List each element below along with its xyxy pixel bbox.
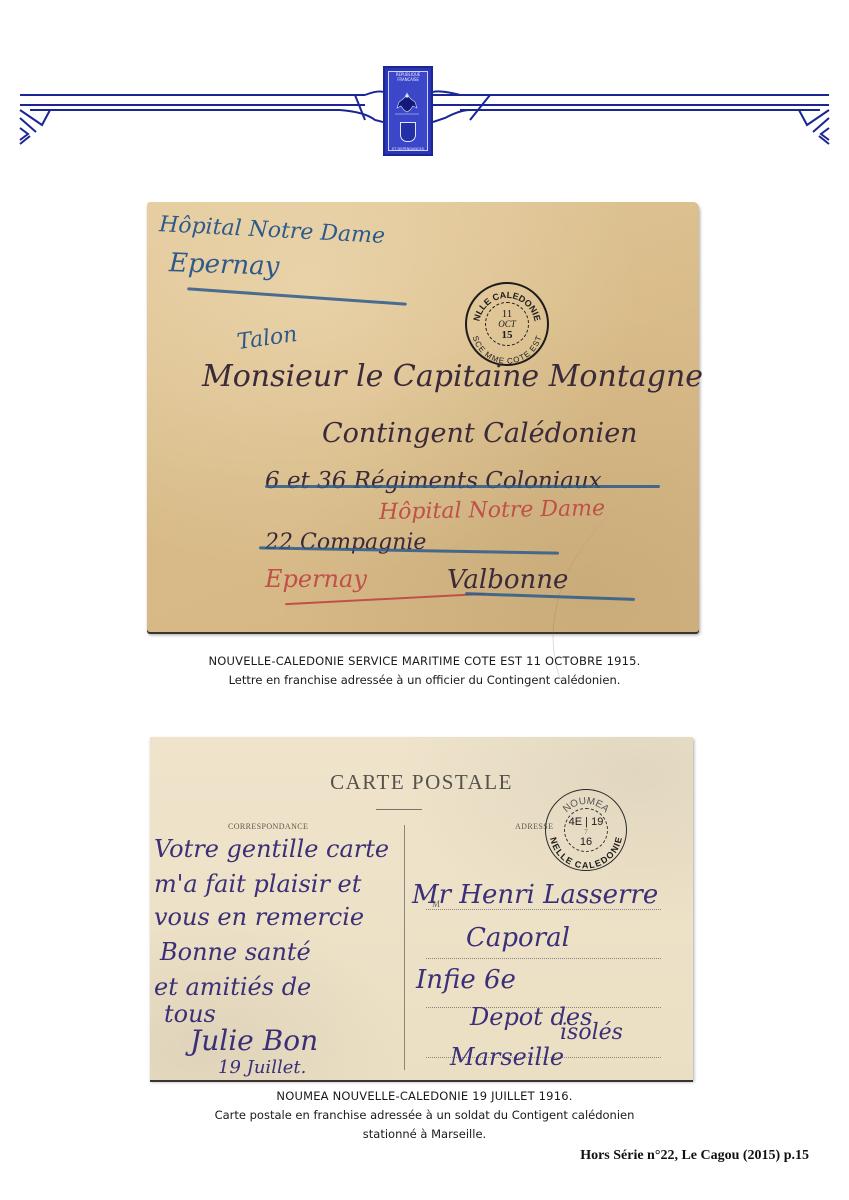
caption-envelope: NOUVELLE-CALEDONIE SERVICE MARITIME COTE… — [0, 652, 849, 690]
postmark-date-row: 4E | 19 — [546, 816, 626, 828]
address-line: Mr Henri Lasserre — [412, 882, 658, 908]
message-line: tous — [164, 1002, 216, 1026]
hw-contingent: Contingent Calédonien — [322, 420, 638, 447]
postcard-divider — [404, 825, 405, 1070]
postmark-month: 7 — [546, 828, 626, 836]
postmark-nlle-caledonie: NLLE CALEDONIE SCE MME COTE EST 11 OCT 1… — [465, 282, 549, 366]
postmark-noumea: NOUMEA NELLE CALEDONIE 4E | 19 7 16 — [545, 789, 627, 871]
message-line: et amitiés de — [154, 975, 311, 999]
message-line: Votre gentille carte — [154, 837, 389, 861]
message-line: m'a fait plaisir et — [154, 872, 361, 896]
cagou-bird-stamp-icon — [393, 90, 421, 118]
address-rule — [426, 958, 661, 959]
hw-red-epernay: Epernay — [265, 567, 367, 591]
correspondence-label: CORRESPONDANCE — [228, 822, 308, 831]
hw-redirect-hospital: Hôpital Notre Dame — [159, 214, 386, 248]
hw-regiments-struck: 6 et 36 Régiments Coloniaux — [265, 470, 602, 493]
caption-postcard-title: NOUMEA NOUVELLE-CALEDONIE 19 JUILLET 191… — [0, 1087, 849, 1106]
stamp-bottom-text: ET DEPENDANCES — [385, 147, 431, 151]
caption-postcard-description-2: stationné à Marseille. — [0, 1125, 849, 1144]
postmark-day: 19 — [591, 816, 603, 828]
address-line: isolés — [560, 1022, 623, 1044]
page-reference: Hors Série n°22, Le Cagou (2015) p.15 — [580, 1148, 809, 1164]
postcard: CARTE POSTALE CORRESPONDANCE ADRESSE M N… — [150, 737, 693, 1080]
hw-valbonne-struck: Valbonne — [447, 567, 568, 593]
caption-postcard: NOUMEA NOUVELLE-CALEDONIE 19 JUILLET 191… — [0, 1087, 849, 1144]
message-line: vous en remercie — [154, 905, 364, 929]
stamp-top-text: REPUBLIQUE FRANCAISE — [385, 72, 431, 82]
stamp-shield — [400, 122, 416, 142]
strike-line — [187, 287, 407, 305]
message-line: Bonne santé — [160, 940, 311, 964]
address-line: Marseille — [450, 1045, 564, 1069]
hw-initials: Talon — [236, 324, 299, 354]
address-line: Caporal — [466, 925, 570, 951]
caption-envelope-title: NOUVELLE-CALEDONIE SERVICE MARITIME COTE… — [0, 652, 849, 671]
postcard-title-rule — [376, 809, 422, 810]
postmark-year: 16 — [546, 836, 626, 848]
hw-addressee: Monsieur le Capitaine Montagne — [202, 362, 703, 392]
hw-red-hospital: Hôpital Notre Dame — [379, 498, 605, 524]
strike-line — [265, 485, 660, 488]
postmark-month: OCT — [467, 319, 547, 329]
caption-postcard-description: Carte postale en franchise adressée à un… — [0, 1106, 849, 1125]
address-line: Infie 6e — [416, 967, 516, 993]
caption-envelope-description: Lettre en franchise adressée à un offici… — [0, 671, 849, 690]
hw-redirect-epernay: Epernay — [169, 250, 280, 280]
signature: Julie Bon — [190, 1027, 318, 1055]
cagou-stamp: REPUBLIQUE FRANCAISE ET DEPENDANCES — [383, 66, 433, 156]
envelope-cover: Hôpital Notre Dame Epernay Talon NLLE CA… — [147, 202, 699, 632]
postmark-year: 15 — [467, 329, 547, 341]
postmark-time: 4E — [569, 816, 582, 828]
message-date: 19 Juillet. — [218, 1059, 306, 1077]
